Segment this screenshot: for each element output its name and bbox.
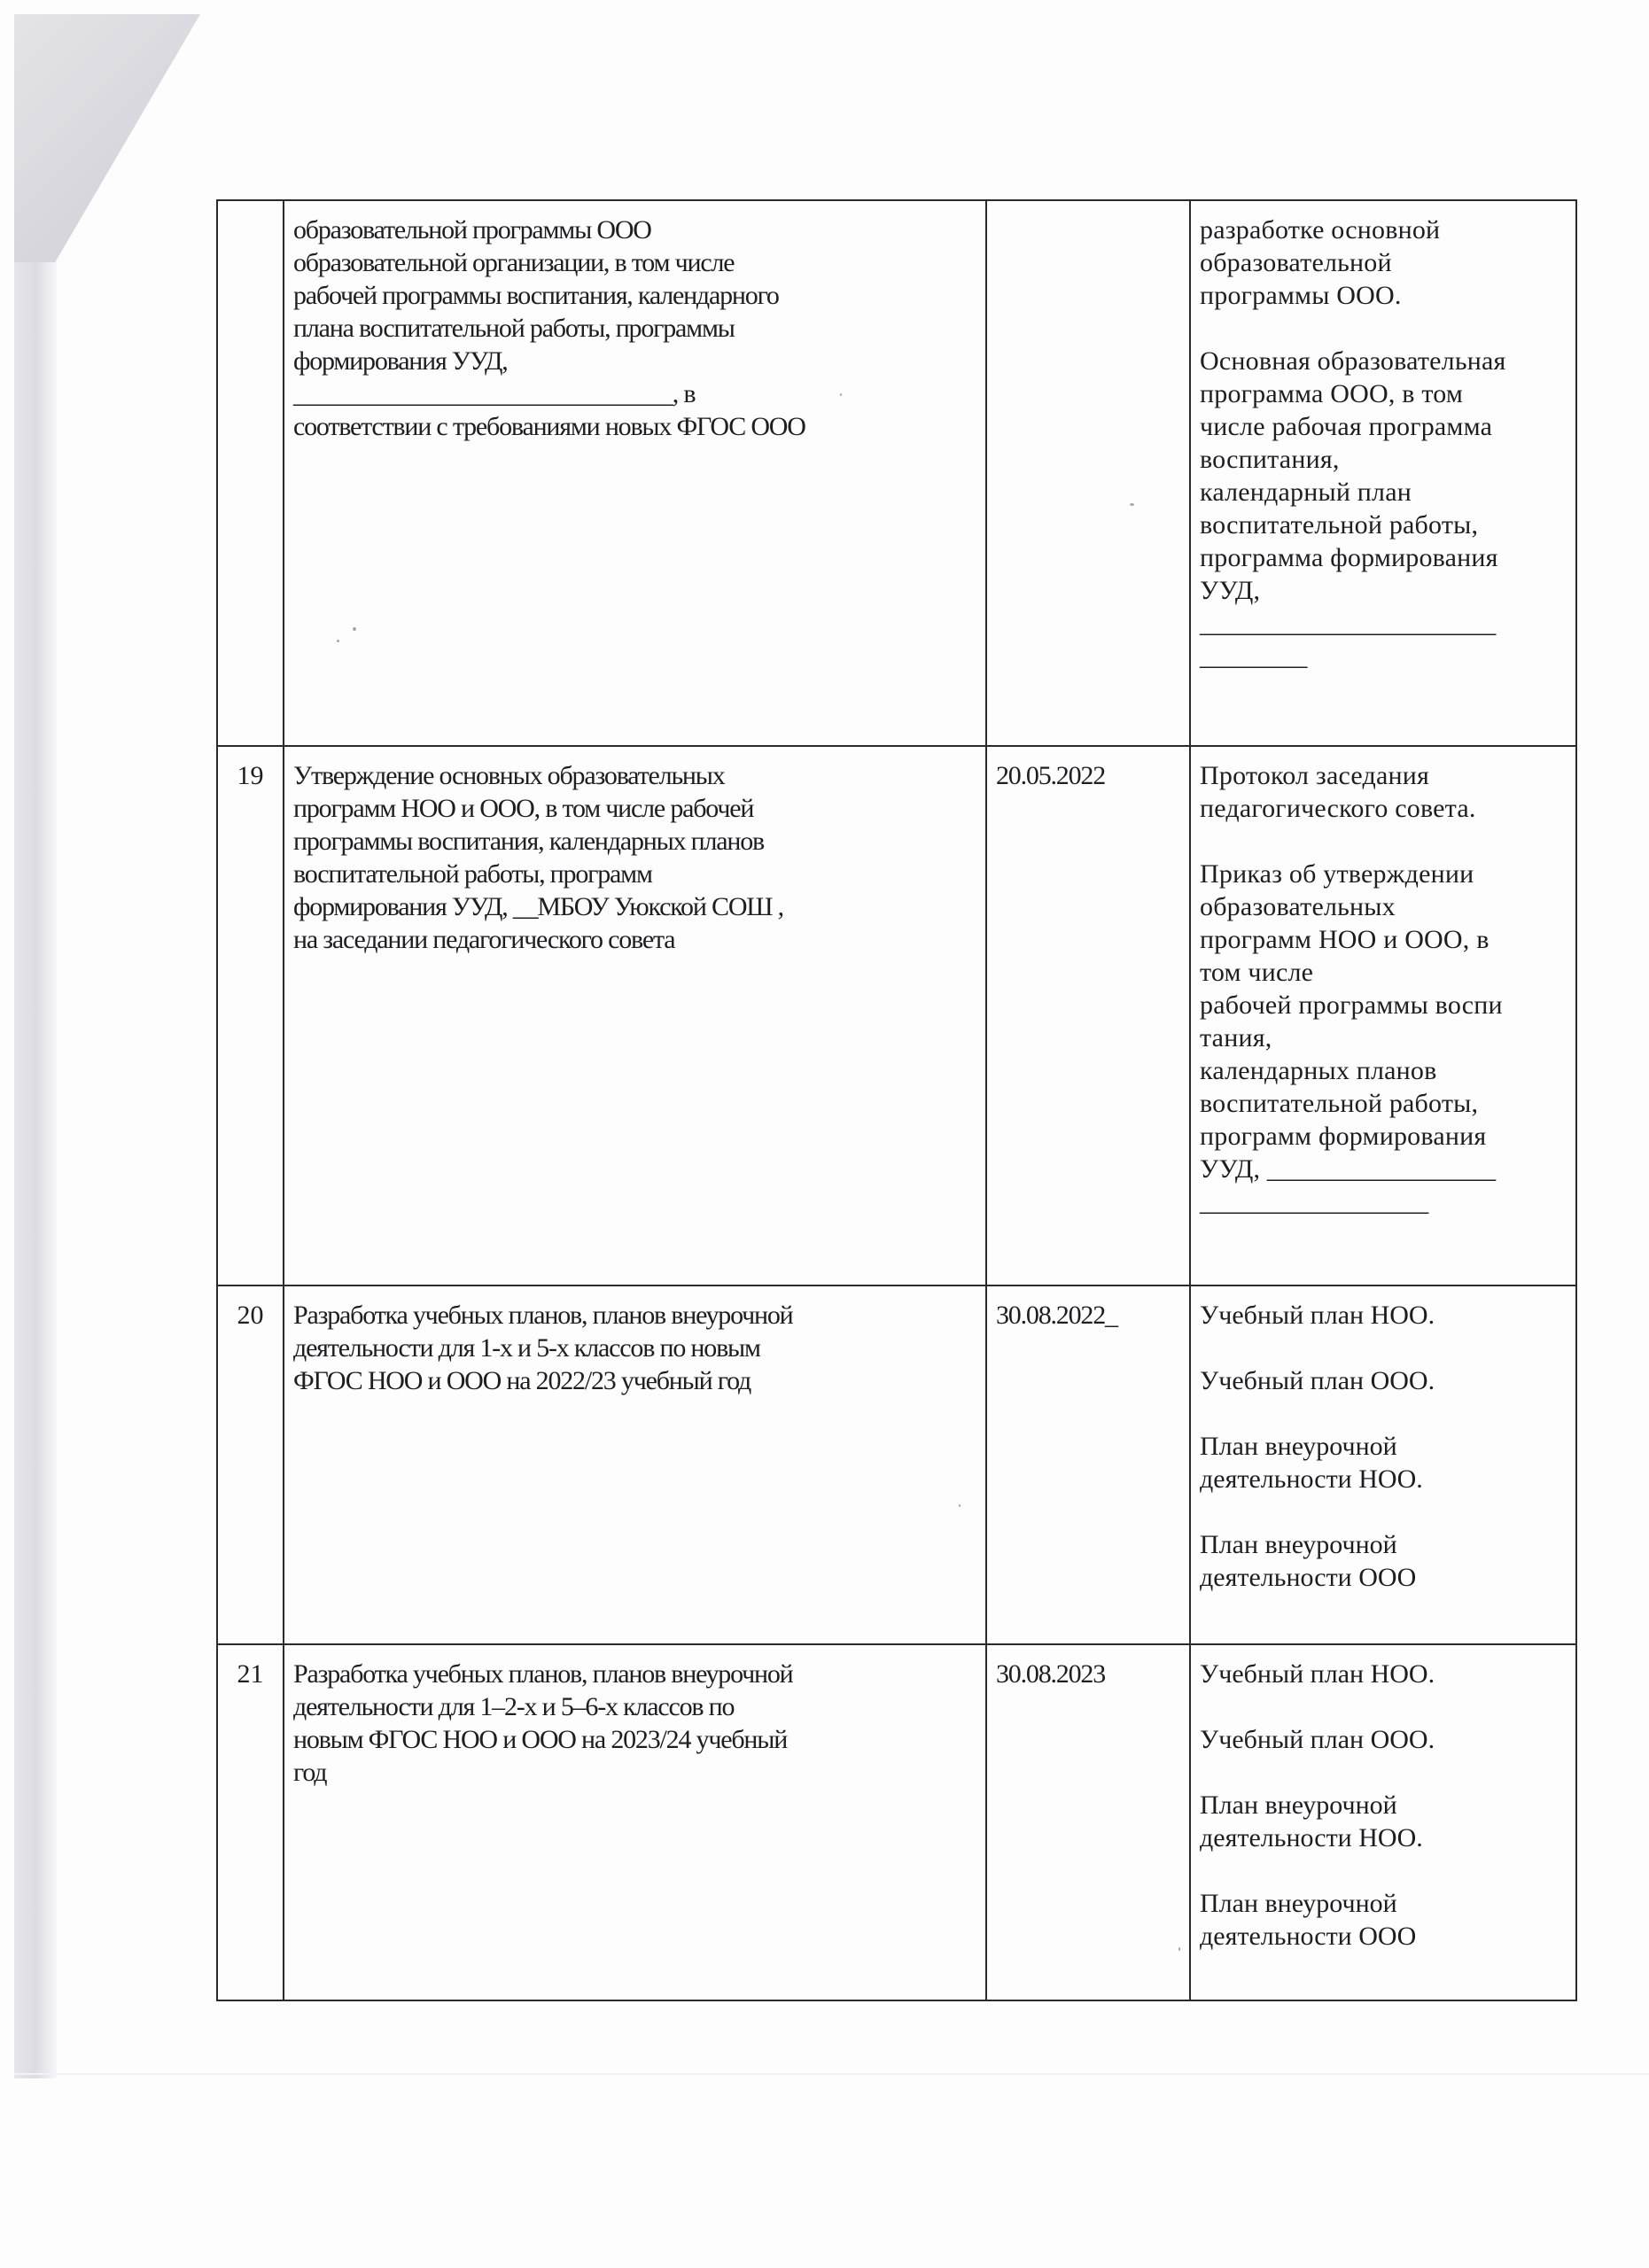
result-line: образовательной [1200,246,1568,279]
activity-line: программ НОО и ООО, в том числе рабочей [293,792,978,825]
result-line: воспитания, [1200,443,1568,476]
result-line: воспитательной работы, [1200,1087,1568,1120]
activity-line: _______________________________, в [293,377,978,410]
activity-cell: Разработка учебных планов, планов внеуро… [284,1644,986,2000]
activity-line: формирования УУД, [293,345,978,377]
result-cell: разработке основной образовательной прог… [1190,200,1576,746]
activity-line: деятельности для 1–2-х и 5–6-х классов п… [293,1690,978,1723]
table-body: образовательной программы ООО образовате… [217,200,1576,2000]
result-line: деятельности ООО [1200,1561,1568,1594]
activity-line: воспитательной работы, программ [293,858,978,890]
activity-line: формирования УУД, __МБОУ Уюкской СОШ , [293,890,978,923]
table-row: образовательной программы ООО образовате… [217,200,1576,746]
result-paragraph: Основная образовательная программа ООО, … [1200,345,1568,672]
scan-speck [337,640,339,642]
scan-fold-shadow [14,14,57,2078]
activity-line: год [293,1756,978,1789]
result-paragraph: разработке основной образовательной прог… [1200,214,1568,312]
activity-line: на заседании педагогического совета [293,923,978,956]
result-line: Основная образовательная [1200,345,1568,377]
row-number: 20 [237,1301,264,1330]
row-number-cell: 21 [217,1644,284,2000]
page-edge [14,2073,1649,2075]
result-line: календарных планов [1200,1054,1568,1087]
deadline-date: 30.08.2023 [996,1659,1105,1689]
result-line: Учебный план ООО. [1200,1364,1568,1397]
result-paragraph: Протокол заседания педагогического совет… [1200,759,1568,825]
activity-cell: образовательной программы ООО образовате… [284,200,986,746]
result-line: Приказ об утверждении [1200,858,1568,890]
result-line: разработке основной [1200,214,1568,246]
result-line: программа формирования [1200,541,1568,574]
result-paragraph: Учебный план НОО. [1200,1658,1568,1690]
folded-page-corner [14,14,200,262]
activity-plan-table: образовательной программы ООО образовате… [216,199,1577,2001]
result-line: программы ООО. [1200,279,1568,312]
scan-speck [1178,1947,1180,1951]
scan-speck [1130,503,1134,506]
table-row: 19 Утверждение основных образовательных … [217,746,1576,1285]
deadline-date: 30.08.2022_ [996,1301,1117,1330]
activity-line: образовательной программы ООО [293,214,978,246]
result-line: деятельности ООО [1200,1920,1568,1953]
result-line: Учебный план НОО. [1200,1658,1568,1690]
activity-line: Разработка учебных планов, планов внеуро… [293,1299,978,1332]
result-line: календарный план [1200,476,1568,509]
result-cell: Протокол заседания педагогического совет… [1190,746,1576,1285]
row-number-cell: 20 [217,1285,284,1644]
activity-cell: Разработка учебных планов, планов внеуро… [284,1285,986,1644]
table-row: 20 Разработка учебных планов, планов вне… [217,1285,1576,1644]
row-number-cell: 19 [217,746,284,1285]
result-paragraph: План внеурочной деятельности ООО [1200,1528,1568,1594]
result-cell: Учебный план НОО. Учебный план ООО. План… [1190,1285,1576,1644]
result-line: Учебный план НОО. [1200,1299,1568,1332]
result-line: числе рабочая программа [1200,410,1568,443]
result-line: ________ [1200,640,1568,672]
row-number-cell [217,200,284,746]
result-line: воспитательной работы, [1200,509,1568,541]
result-line: _________________ [1200,1185,1568,1218]
result-line: образовательных [1200,890,1568,923]
activity-line: образовательной организации, в том числе [293,246,978,279]
activity-cell: Утверждение основных образовательных про… [284,746,986,1285]
result-paragraph: Учебный план ООО. [1200,1364,1568,1397]
result-line: рабочей программы воспи [1200,989,1568,1021]
date-cell: 30.08.2022_ [986,1285,1190,1644]
result-line: том числе [1200,956,1568,989]
activity-line: Утверждение основных образовательных [293,759,978,792]
scan-speck [840,393,842,396]
result-line: программа ООО, в том [1200,377,1568,410]
result-line: План внеурочной [1200,1528,1568,1561]
result-line: программ формирования [1200,1120,1568,1153]
result-line: деятельности НОО. [1200,1821,1568,1854]
result-paragraph: План внеурочной деятельности ООО [1200,1887,1568,1953]
scan-speck [959,1504,961,1507]
result-line: План внеурочной [1200,1430,1568,1463]
result-paragraph: Учебный план НОО. [1200,1299,1568,1332]
deadline-date: 20.05.2022 [996,761,1105,790]
row-number: 19 [237,761,264,790]
result-line: Учебный план ООО. [1200,1723,1568,1756]
date-cell: 20.05.2022 [986,746,1190,1285]
result-cell: Учебный план НОО. Учебный план ООО. План… [1190,1644,1576,2000]
result-line: тания, [1200,1021,1568,1054]
activity-line: рабочей программы воспитания, календарно… [293,279,978,312]
result-line: педагогического совета. [1200,792,1568,825]
result-paragraph: Учебный план ООО. [1200,1723,1568,1756]
result-line: План внеурочной [1200,1887,1568,1920]
activity-line: ФГОС НОО и ООО на 2022/23 учебный год [293,1364,978,1397]
date-cell [986,200,1190,746]
table-row: 21 Разработка учебных планов, планов вне… [217,1644,1576,2000]
activity-line: Разработка учебных планов, планов внеуро… [293,1658,978,1690]
row-number: 21 [237,1659,264,1689]
result-line: программ НОО и ООО, в [1200,923,1568,956]
result-paragraph: План внеурочной деятельности НОО. [1200,1789,1568,1854]
result-line: деятельности НОО. [1200,1463,1568,1495]
result-paragraph: План внеурочной деятельности НОО. [1200,1430,1568,1495]
result-line: Протокол заседания [1200,759,1568,792]
date-cell: 30.08.2023 [986,1644,1190,2000]
activity-line: новым ФГОС НОО и ООО на 2023/24 учебный [293,1723,978,1756]
scan-speck [353,627,356,631]
activity-line: деятельности для 1-х и 5-х классов по но… [293,1332,978,1364]
result-line: План внеурочной [1200,1789,1568,1821]
result-line: ______________________ [1200,607,1568,640]
result-line: УУД, _________________ [1200,1153,1568,1185]
result-line: УУД, [1200,574,1568,607]
activity-line: программы воспитания, календарных планов [293,825,978,858]
activity-line: соответствии с требованиями новых ФГОС О… [293,410,978,443]
result-paragraph: Приказ об утверждении образовательных пр… [1200,858,1568,1218]
activity-line: плана воспитательной работы, программы [293,312,978,345]
